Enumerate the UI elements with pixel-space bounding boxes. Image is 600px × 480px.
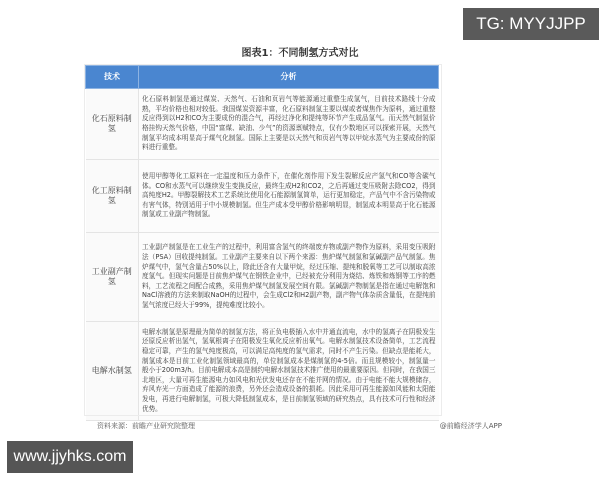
credit-note: @前瞻经济学人APP: [362, 421, 502, 431]
telegram-watermark-badge: TG: MYYJJPP: [463, 8, 599, 40]
tech-cell: 电解水制氢: [86, 322, 139, 421]
table-row: 化工原料制氢 使用甲醇等化工原料在一定温度和压力条件下，在催化剂作用下发生裂解反…: [86, 160, 439, 233]
table-row: 电解水制氢 电解水制氢是原理最为简单的制氢方法，将正负电极插入水中并通直流电，水…: [86, 322, 439, 421]
source-note: 资料来源：前瞻产业研究院整理: [97, 421, 195, 431]
table-header-row: 技术 分析: [86, 66, 439, 89]
analysis-cell: 工业副产制氢是在工业生产的过程中，利用富含氢气的终端废弃物或副产物作为原料，采用…: [139, 233, 439, 322]
tech-cell: 工业副产制氢: [86, 233, 139, 322]
analysis-cell: 电解水制氢是原理最为简单的制氢方法，将正负电极插入水中并通直流电，水中的氢离子在…: [139, 322, 439, 421]
column-header-tech: 技术: [86, 66, 139, 89]
analysis-cell: 使用甲醇等化工原料在一定温度和压力条件下，在催化剂作用下发生裂解反应产氢气和CO…: [139, 160, 439, 233]
tech-cell: 化工原料制氢: [86, 160, 139, 233]
table-row: 化石原料制氢 化石原料制氢是通过煤炭、天然气、石油和页岩气等能源通过重整生成氢气…: [86, 89, 439, 160]
figure-title: 图表1：不同制氢方式对比: [0, 44, 600, 59]
column-header-analysis: 分析: [139, 66, 439, 89]
tech-cell: 化石原料制氢: [86, 89, 139, 160]
comparison-table: 技术 分析 化石原料制氢 化石原料制氢是通过煤炭、天然气、石油和页岩气等能源通过…: [85, 65, 439, 421]
analysis-cell: 化石原料制氢是通过煤炭、天然气、石油和页岩气等能源通过重整生成氢气，目前技术路线…: [139, 89, 439, 160]
table-row: 工业副产制氢 工业副产制氢是在工业生产的过程中，利用富含氢气的终端废弃物或副产物…: [86, 233, 439, 322]
site-watermark-badge: www.jjyhks.com: [7, 441, 133, 473]
